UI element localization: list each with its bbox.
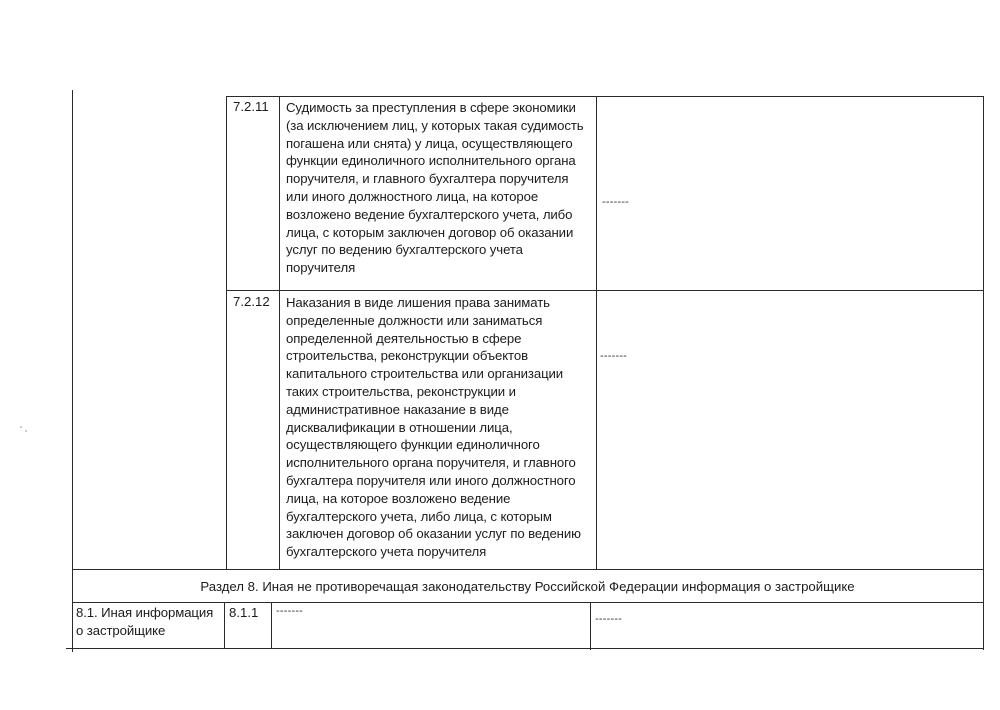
row-value: ------- (600, 350, 627, 362)
row-code: 7.2.11 (233, 98, 269, 116)
section-8-title: Раздел 8. Иная не противоречащая законод… (70, 579, 985, 594)
text-line: исполнительного органа поручителя, и гла… (286, 454, 581, 472)
text-line: осуществляющего функции единоличного (286, 436, 581, 454)
text-line: Наказания в виде лишения права занимать (286, 294, 581, 312)
row-description: Наказания в виде лишения права заниматьо… (286, 294, 581, 561)
text-line: капитального строительства или организац… (286, 365, 581, 383)
text-line: определенной деятельностью в сфере (286, 330, 581, 348)
scanned-document-page: 7.2.11 Судимость за преступления в сфере… (0, 0, 1000, 710)
text-line: Судимость за преступления в сфере эконом… (286, 99, 584, 117)
text-line: о застройщике (76, 622, 213, 640)
text-line: услуг по ведению бухгалтерского учета (286, 241, 584, 259)
text-line: поручителя, и главного бухгалтера поручи… (286, 170, 584, 188)
s8-description-column-border (271, 602, 272, 648)
section-8-code: 8.1.1 (229, 604, 258, 622)
row-value: ------- (602, 196, 629, 208)
text-line: (за исключением лиц, у которых такая суд… (286, 117, 584, 135)
text-line: поручителя (286, 259, 584, 277)
text-line: таких строительства, реконструкции и (286, 383, 581, 401)
scan-speck (25, 430, 27, 432)
text-line: погашена или снята) у лица, осуществляющ… (286, 135, 584, 153)
description-column-border (279, 96, 280, 570)
text-line: заключен договор об оказании услуг по ве… (286, 525, 581, 543)
text-line: лица, с которым заключен договор об оказ… (286, 224, 584, 242)
code-column-border (226, 96, 227, 570)
text-line: функции единоличного исполнительного орг… (286, 152, 584, 170)
row-separator (226, 290, 983, 291)
text-line: бухгалтера поручителя или иного должност… (286, 472, 581, 490)
table-left-border (72, 90, 73, 652)
text-line: 8.1. Иная информация (76, 604, 213, 622)
text-line: определенные должности или заниматься (286, 312, 581, 330)
row-description: Судимость за преступления в сфере эконом… (286, 99, 584, 277)
text-line: дисквалификации в отношении лица, (286, 419, 581, 437)
table-right-border (983, 96, 984, 650)
section-8-value: ------- (595, 613, 622, 625)
text-line: возложено ведение бухгалтерского учета, … (286, 206, 584, 224)
s8-value-column-border (590, 602, 591, 650)
text-line: бухгалтерского учета, либо лица, с котор… (286, 508, 581, 526)
text-line: лица, на которое возложено ведение (286, 490, 581, 508)
section-title-top-border (72, 569, 983, 570)
text-line: строительства, реконструкции объектов (286, 347, 581, 365)
text-line: административное наказание в виде (286, 401, 581, 419)
table-top-border (226, 96, 983, 97)
s8-code-column-border (224, 602, 225, 648)
section-8-description: ------- (276, 605, 303, 617)
value-column-border (596, 96, 597, 570)
section-8-group-label: 8.1. Иная информацияо застройщике (76, 604, 213, 640)
table-bottom-border (66, 648, 983, 649)
scan-speck (20, 426, 22, 428)
text-line: бухгалтерского учета поручителя (286, 543, 581, 561)
row-code: 7.2.12 (233, 293, 270, 311)
text-line: или иного должностного лица, на которое (286, 188, 584, 206)
